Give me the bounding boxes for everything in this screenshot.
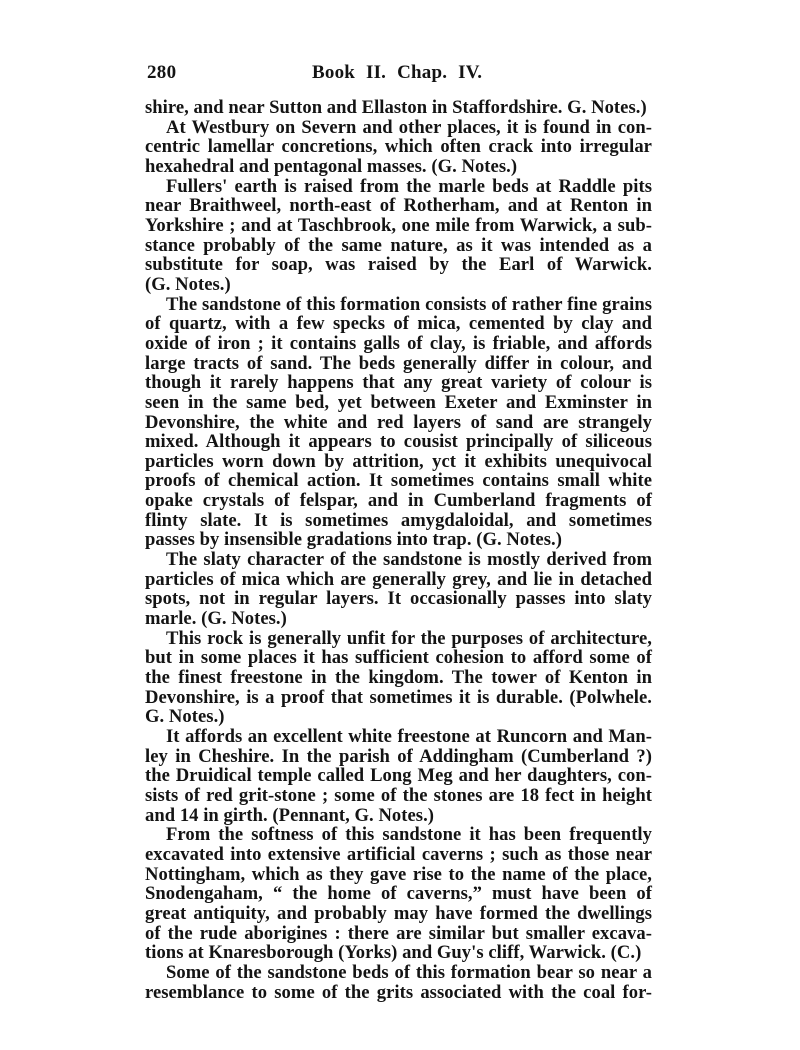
text-line: of quartz, with a few specks of mica, ce… <box>145 314 652 334</box>
paragraph: This rock is generally unfit for the pur… <box>145 629 652 727</box>
text-line: great antiquity, and probably may have f… <box>145 904 652 924</box>
paragraph: The slaty character of the sandstone is … <box>145 550 652 629</box>
text-line: spots, not in regular layers. It occasio… <box>145 589 652 609</box>
text-line: At Westbury on Severn and other places, … <box>145 118 652 138</box>
text-line: the Druidical temple called Long Meg and… <box>145 766 652 786</box>
text-line: proofs of chemical action. It sometimes … <box>145 471 652 491</box>
text-line: opake crystals of felspar, and in Cumber… <box>145 491 652 511</box>
text-line: Yorkshire ; and at Taschbrook, one mile … <box>145 216 652 236</box>
text-line: the finest freestone in the kingdom. The… <box>145 668 652 688</box>
text-line: G. Notes.) <box>145 707 652 727</box>
text-line: This rock is generally unfit for the pur… <box>145 629 652 649</box>
text-line: oxide of iron ; it contains galls of cla… <box>145 334 652 354</box>
text-line: Devonshire, is a proof that sometimes it… <box>145 688 652 708</box>
text-line: but in some places it has sufficient coh… <box>145 648 652 668</box>
text-line: shire, and near Sutton and Ellaston in S… <box>145 98 652 118</box>
text-line: near Braithweel, north-east of Rotherham… <box>145 196 652 216</box>
paragraph: Some of the sandstone beds of this forma… <box>145 963 652 1002</box>
text-line: though it rarely happens that any great … <box>145 373 652 393</box>
text-line: passes by insensible gradations into tra… <box>145 530 652 550</box>
paragraph: The sandstone of this formation consists… <box>145 295 652 551</box>
text-line: The slaty character of the sandstone is … <box>145 550 652 570</box>
text-line: flinty slate. It is sometimes amygdaloid… <box>145 511 652 531</box>
text-line: of the rude aborigines : there are simil… <box>145 924 652 944</box>
text-line: The sandstone of this formation consists… <box>145 295 652 315</box>
text-line: excavated into extensive artificial cave… <box>145 845 652 865</box>
text-line: (G. Notes.) <box>145 275 652 295</box>
text-line: From the softness of this sandstone it h… <box>145 825 652 845</box>
text-line: large tracts of sand. The beds generally… <box>145 354 652 374</box>
text-line: resemblance to some of the grits associa… <box>145 983 652 1003</box>
text-line: substitute for soap, was raised by the E… <box>145 255 652 275</box>
text-line: tions at Knaresborough (Yorks) and Guy's… <box>145 943 652 963</box>
text-line: Fullers' earth is raised from the marle … <box>145 177 652 197</box>
text-line: particles worn down by attrition, yct it… <box>145 452 652 472</box>
text-line: centric lamellar concretions, which ofte… <box>145 137 652 157</box>
running-head: Book II. Chap. IV. <box>312 62 482 84</box>
text-line: Some of the sandstone beds of this forma… <box>145 963 652 983</box>
text-line: marle. (G. Notes.) <box>145 609 652 629</box>
text-line: Snodengaham, “ the home of caverns,” mus… <box>145 884 652 904</box>
text-line: hexahedral and pentagonal masses. (G. No… <box>145 157 652 177</box>
paragraph: At Westbury on Severn and other places, … <box>145 118 652 177</box>
text-line: Nottingham, which as they gave rise to t… <box>145 865 652 885</box>
text-line: ley in Cheshire. In the parish of Adding… <box>145 747 652 767</box>
paragraph: shire, and near Sutton and Ellaston in S… <box>145 98 652 118</box>
body-text: shire, and near Sutton and Ellaston in S… <box>145 98 652 1002</box>
page-number: 280 <box>147 62 176 84</box>
text-line: Devonshire, the white and red layers of … <box>145 413 652 433</box>
page-header: 280 Book II. Chap. IV. <box>145 62 652 84</box>
paragraph: From the softness of this sandstone it h… <box>145 825 652 963</box>
paragraph: Fullers' earth is raised from the marle … <box>145 177 652 295</box>
text-line: seen in the same bed, yet between Exeter… <box>145 393 652 413</box>
text-line: It affords an excellent white freestone … <box>145 727 652 747</box>
text-line: particles of mica which are generally gr… <box>145 570 652 590</box>
text-line: and 14 in girth. (Pennant, G. Notes.) <box>145 806 652 826</box>
text-line: stance probably of the same nature, as i… <box>145 236 652 256</box>
paragraph: It affords an excellent white freestone … <box>145 727 652 825</box>
text-line: mixed. Although it appears to cousist pr… <box>145 432 652 452</box>
text-line: sists of red grit-stone ; some of the st… <box>145 786 652 806</box>
